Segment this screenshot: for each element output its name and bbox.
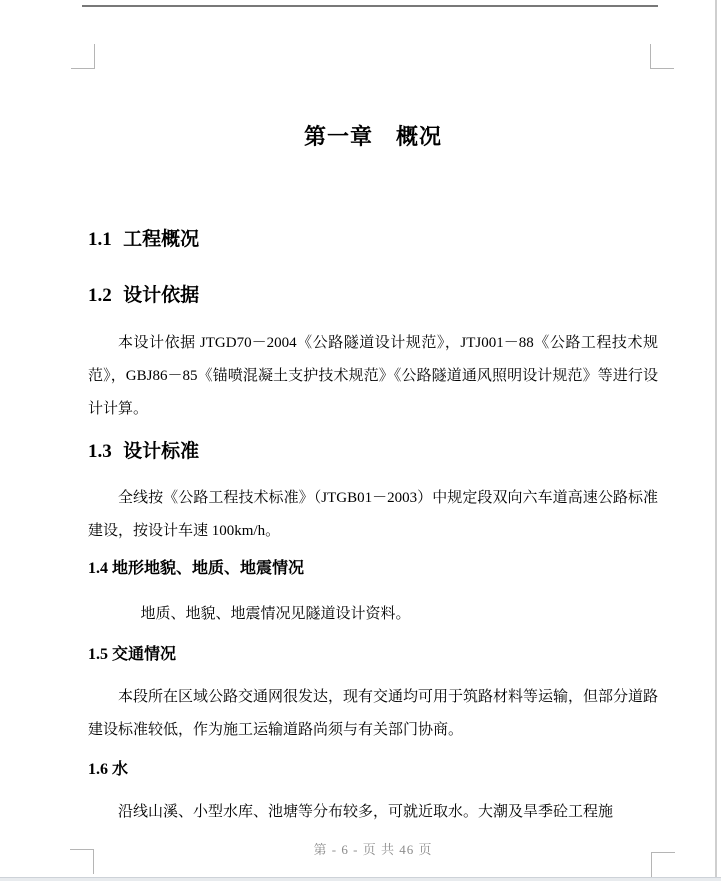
- section-number: 1.4: [88, 560, 108, 577]
- section-heading-1-3: 1.3设计标准: [88, 440, 658, 464]
- page-number-footer: 第 - 6 - 页 共 46 页: [88, 840, 658, 860]
- window-right-border: [715, 0, 717, 877]
- section-paragraph: 全线按《公路工程技术标准》（JTGB01－2003）中规定段双向六车道高速公路标…: [88, 482, 658, 548]
- section-number: 1.6: [88, 761, 108, 778]
- section-paragraph: 本段所在区域公路交通网很发达，现有交通均可用于筑路材料等运输，但部分道路建设标准…: [88, 681, 658, 747]
- section-title: 地形地貌、地质、地震情况: [112, 560, 304, 577]
- section-title: 交通情况: [112, 646, 176, 663]
- chapter-title: 第一章 概况: [88, 122, 658, 152]
- section-heading-1-2: 1.2设计依据: [88, 284, 658, 308]
- document-page[interactable]: 第一章 概况 1.1工程概况 1.2设计依据 本设计依据 JTGD70－2004…: [0, 0, 721, 881]
- section-number: 1.5: [88, 646, 108, 663]
- section-title: 工程概况: [123, 229, 199, 250]
- section-paragraph: 沿线山溪、小型水库、池塘等分布较多，可就近取水。大潮及旱季砼工程施: [88, 796, 658, 829]
- section-heading-1-6: 1.6水: [88, 759, 658, 781]
- section-paragraph: 地质、地貌、地震情况见隧道设计资料。: [88, 598, 658, 631]
- section-heading-1-1: 1.1工程概况: [88, 228, 658, 252]
- window-bottom-edge: [0, 877, 721, 881]
- section-title: 设计依据: [123, 285, 199, 306]
- section-title: 设计标准: [123, 441, 199, 462]
- section-number: 1.2: [88, 285, 112, 306]
- section-number: 1.3: [88, 441, 112, 462]
- section-heading-1-4: 1.4地形地貌、地质、地震情况: [88, 558, 658, 580]
- section-title: 水: [112, 761, 128, 778]
- section-number: 1.1: [88, 229, 112, 250]
- margin-corner-mark-top-right: [650, 44, 674, 69]
- page-top-edge-line: [82, 5, 658, 7]
- section-heading-1-5: 1.5交通情况: [88, 644, 658, 666]
- section-paragraph: 本设计依据 JTGD70－2004《公路隧道设计规范》，JTJ001－88《公路…: [88, 327, 658, 426]
- margin-corner-mark-top-left: [71, 44, 95, 69]
